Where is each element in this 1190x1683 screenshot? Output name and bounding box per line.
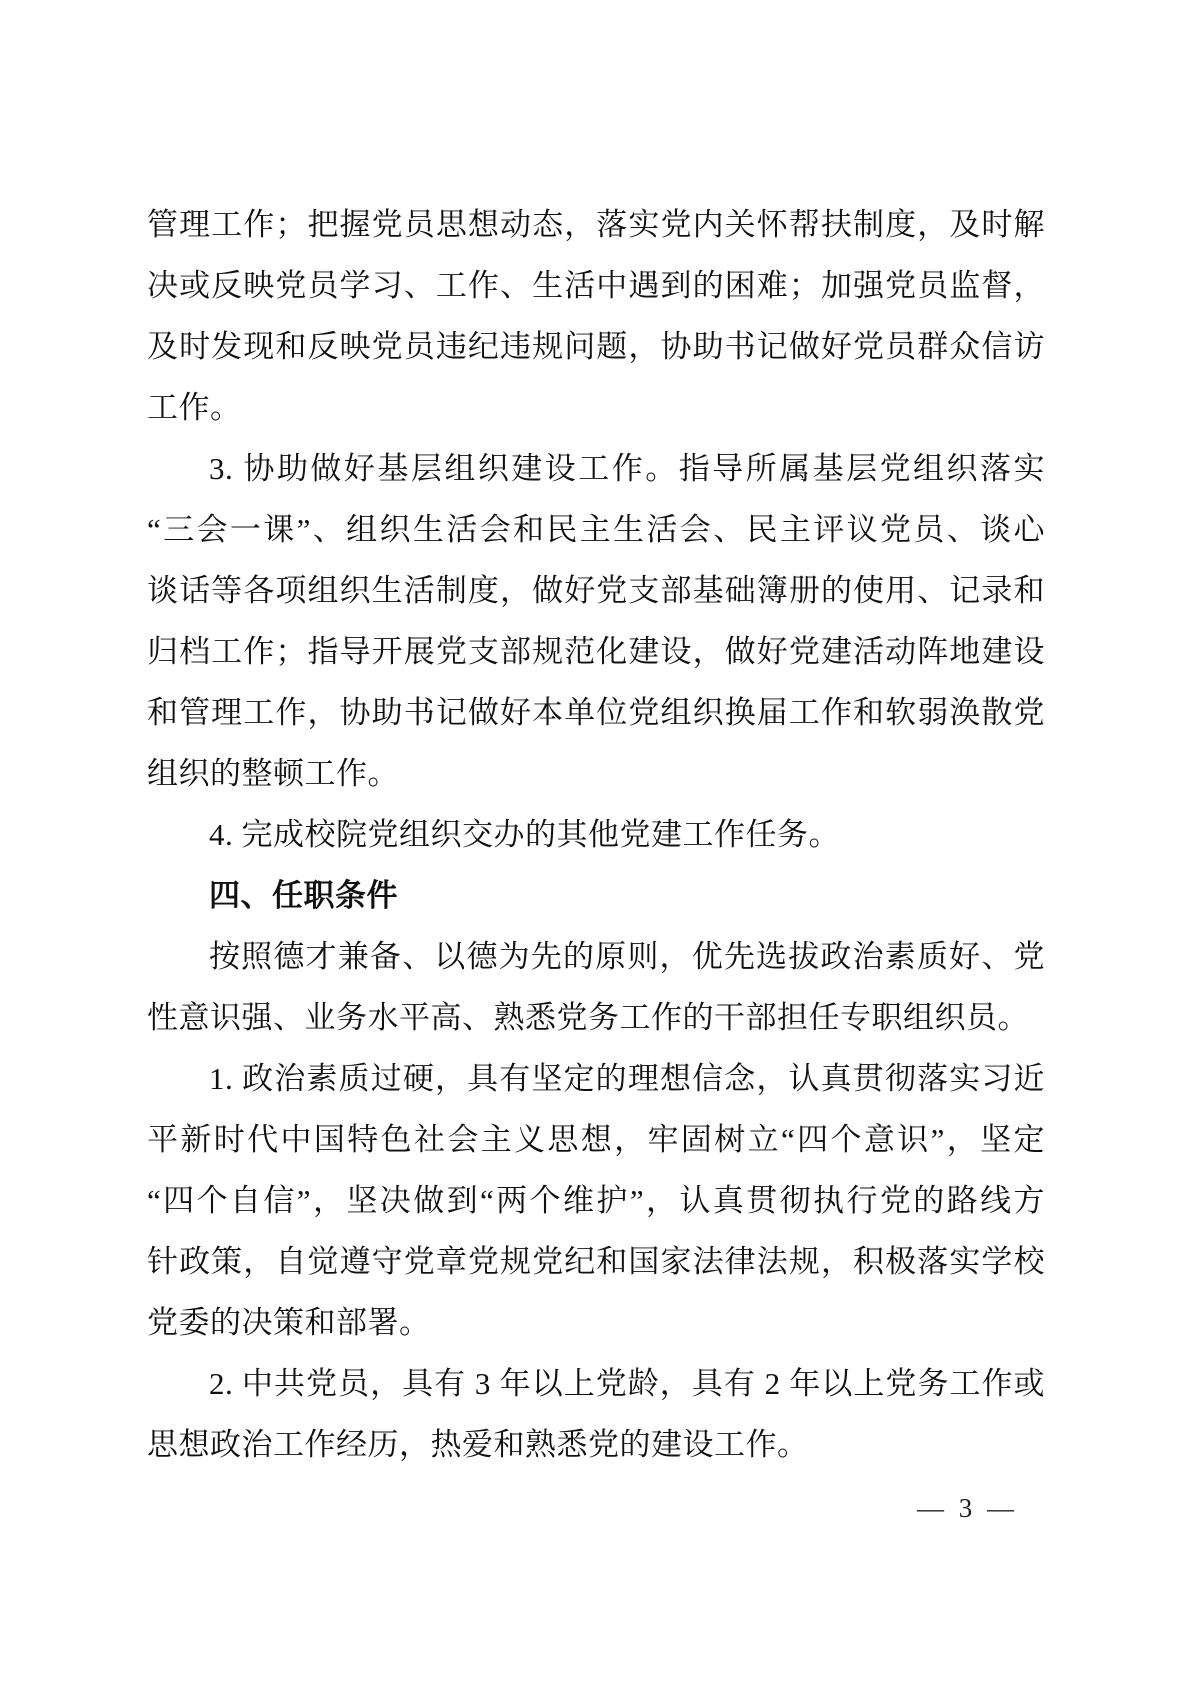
text-line: 及时发现和反映党员违纪违规问题，协助书记做好党员群众信访 <box>147 316 1045 377</box>
text-line: 4. 完成校院党组织交办的其他党建工作任务。 <box>147 804 1045 865</box>
paragraph: 按照德才兼备、以德为先的原则，优先选拔政治素质好、党性意识强、业务水平高、熟悉党… <box>147 926 1045 1048</box>
text-line: 针政策，自觉遵守党章党规党纪和国家法律法规，积极落实学校 <box>147 1231 1045 1292</box>
paragraph: 2. 中共党员，具有 3 年以上党龄，具有 2 年以上党务工作或思想政治工作经历… <box>147 1353 1045 1475</box>
text-line: 按照德才兼备、以德为先的原则，优先选拔政治素质好、党 <box>147 926 1045 987</box>
paragraph: 管理工作；把握党员思想动态，落实党内关怀帮扶制度，及时解决或反映党员学习、工作、… <box>147 194 1045 438</box>
text-line: 2. 中共党员，具有 3 年以上党龄，具有 2 年以上党务工作或 <box>147 1353 1045 1414</box>
text-line: 谈话等各项组织生活制度，做好党支部基础簿册的使用、记录和 <box>147 560 1045 621</box>
text-line: 性意识强、业务水平高、熟悉党务工作的干部担任专职组织员。 <box>147 987 1045 1048</box>
text-line: 工作。 <box>147 377 1045 438</box>
paragraph: 3. 协助做好基层组织建设工作。指导所属基层党组织落实“三会一课”、组织生活会和… <box>147 438 1045 804</box>
text-line: 3. 协助做好基层组织建设工作。指导所属基层党组织落实 <box>147 438 1045 499</box>
text-line: 四、任职条件 <box>147 865 1045 926</box>
paragraph: 4. 完成校院党组织交办的其他党建工作任务。 <box>147 804 1045 865</box>
text-line: “四个自信”，坚决做到“两个维护”，认真贯彻执行党的路线方 <box>147 1170 1045 1231</box>
text-line: 决或反映党员学习、工作、生活中遇到的困难；加强党员监督， <box>147 255 1045 316</box>
text-line: 党委的决策和部署。 <box>147 1292 1045 1353</box>
text-line: 管理工作；把握党员思想动态，落实党内关怀帮扶制度，及时解 <box>147 194 1045 255</box>
text-line: 归档工作；指导开展党支部规范化建设，做好党建活动阵地建设 <box>147 621 1045 682</box>
section-heading: 四、任职条件 <box>147 865 1045 926</box>
text-line: 平新时代中国特色社会主义思想，牢固树立“四个意识”，坚定 <box>147 1109 1045 1170</box>
document-body: 管理工作；把握党员思想动态，落实党内关怀帮扶制度，及时解决或反映党员学习、工作、… <box>147 194 1045 1475</box>
text-line: 和管理工作，协助书记做好本单位党组织换届工作和软弱涣散党 <box>147 682 1045 743</box>
paragraph: 1. 政治素质过硬，具有坚定的理想信念，认真贯彻落实习近平新时代中国特色社会主义… <box>147 1048 1045 1353</box>
text-line: “三会一课”、组织生活会和民主生活会、民主评议党员、谈心 <box>147 499 1045 560</box>
text-line: 组织的整顿工作。 <box>147 743 1045 804</box>
text-line: 1. 政治素质过硬，具有坚定的理想信念，认真贯彻落实习近 <box>147 1048 1045 1109</box>
document-page: 管理工作；把握党员思想动态，落实党内关怀帮扶制度，及时解决或反映党员学习、工作、… <box>0 0 1190 1683</box>
text-line: 思想政治工作经历，热爱和熟悉党的建设工作。 <box>147 1414 1045 1475</box>
page-number: — 3 — <box>917 1488 1018 1528</box>
